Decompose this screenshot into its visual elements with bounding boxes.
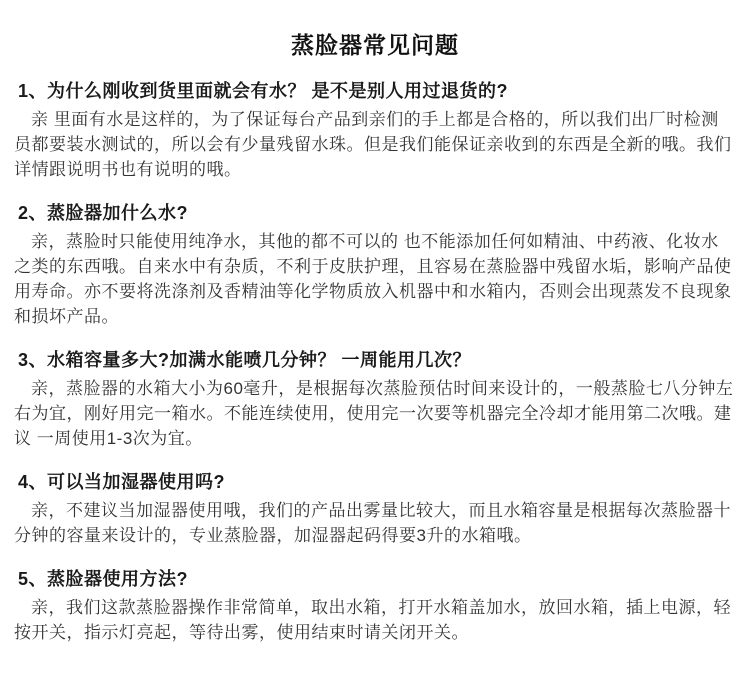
question-heading-2: 2、蒸脸器加什么水? [14,203,736,224]
question-heading-4: 4、可以当加湿器使用吗? [14,472,736,493]
faq-section-3: 3、水箱容量多大?加满水能喷几分钟？ 一周能用几次？ 亲，蒸脸器的水箱大小为60… [14,350,736,451]
answer-paragraph-4: 亲，不建议当加湿器使用哦，我们的产品出雾量比较大，而且水箱容量是根据每次蒸脸器十… [14,498,736,548]
question-heading-3: 3、水箱容量多大?加满水能喷几分钟？ 一周能用几次？ [14,350,736,371]
page-title: 蒸脸器常见问题 [14,30,736,60]
faq-section-2: 2、蒸脸器加什么水? 亲，蒸脸时只能使用纯净水，其他的都不可以的 也不能添加任何… [14,203,736,329]
faq-section-1: 1、为什么刚收到货里面就会有水？ 是不是别人用过退货的? 亲 里面有水是这样的，… [14,81,736,182]
answer-paragraph-2: 亲，蒸脸时只能使用纯净水，其他的都不可以的 也不能添加任何如精油、中药液、化妆水… [14,229,736,329]
faq-document: 蒸脸器常见问题 1、为什么刚收到货里面就会有水？ 是不是别人用过退货的? 亲 里… [0,30,750,645]
faq-section-4: 4、可以当加湿器使用吗? 亲，不建议当加湿器使用哦，我们的产品出雾量比较大，而且… [14,472,736,548]
faq-section-5: 5、蒸脸器使用方法? 亲，我们这款蒸脸器操作非常简单，取出水箱，打开水箱盖加水，… [14,569,736,645]
question-heading-1: 1、为什么刚收到货里面就会有水？ 是不是别人用过退货的? [14,81,736,102]
answer-paragraph-1: 亲 里面有水是这样的，为了保证每台产品到亲们的手上都是合格的，所以我们出厂时检测… [14,107,736,182]
answer-paragraph-5: 亲，我们这款蒸脸器操作非常简单，取出水箱，打开水箱盖加水，放回水箱，插上电源，轻… [14,595,736,645]
question-heading-5: 5、蒸脸器使用方法? [14,569,736,590]
answer-paragraph-3: 亲，蒸脸器的水箱大小为60毫升，是根据每次蒸脸预估时间来设计的，一般蒸脸七八分钟… [14,376,736,451]
